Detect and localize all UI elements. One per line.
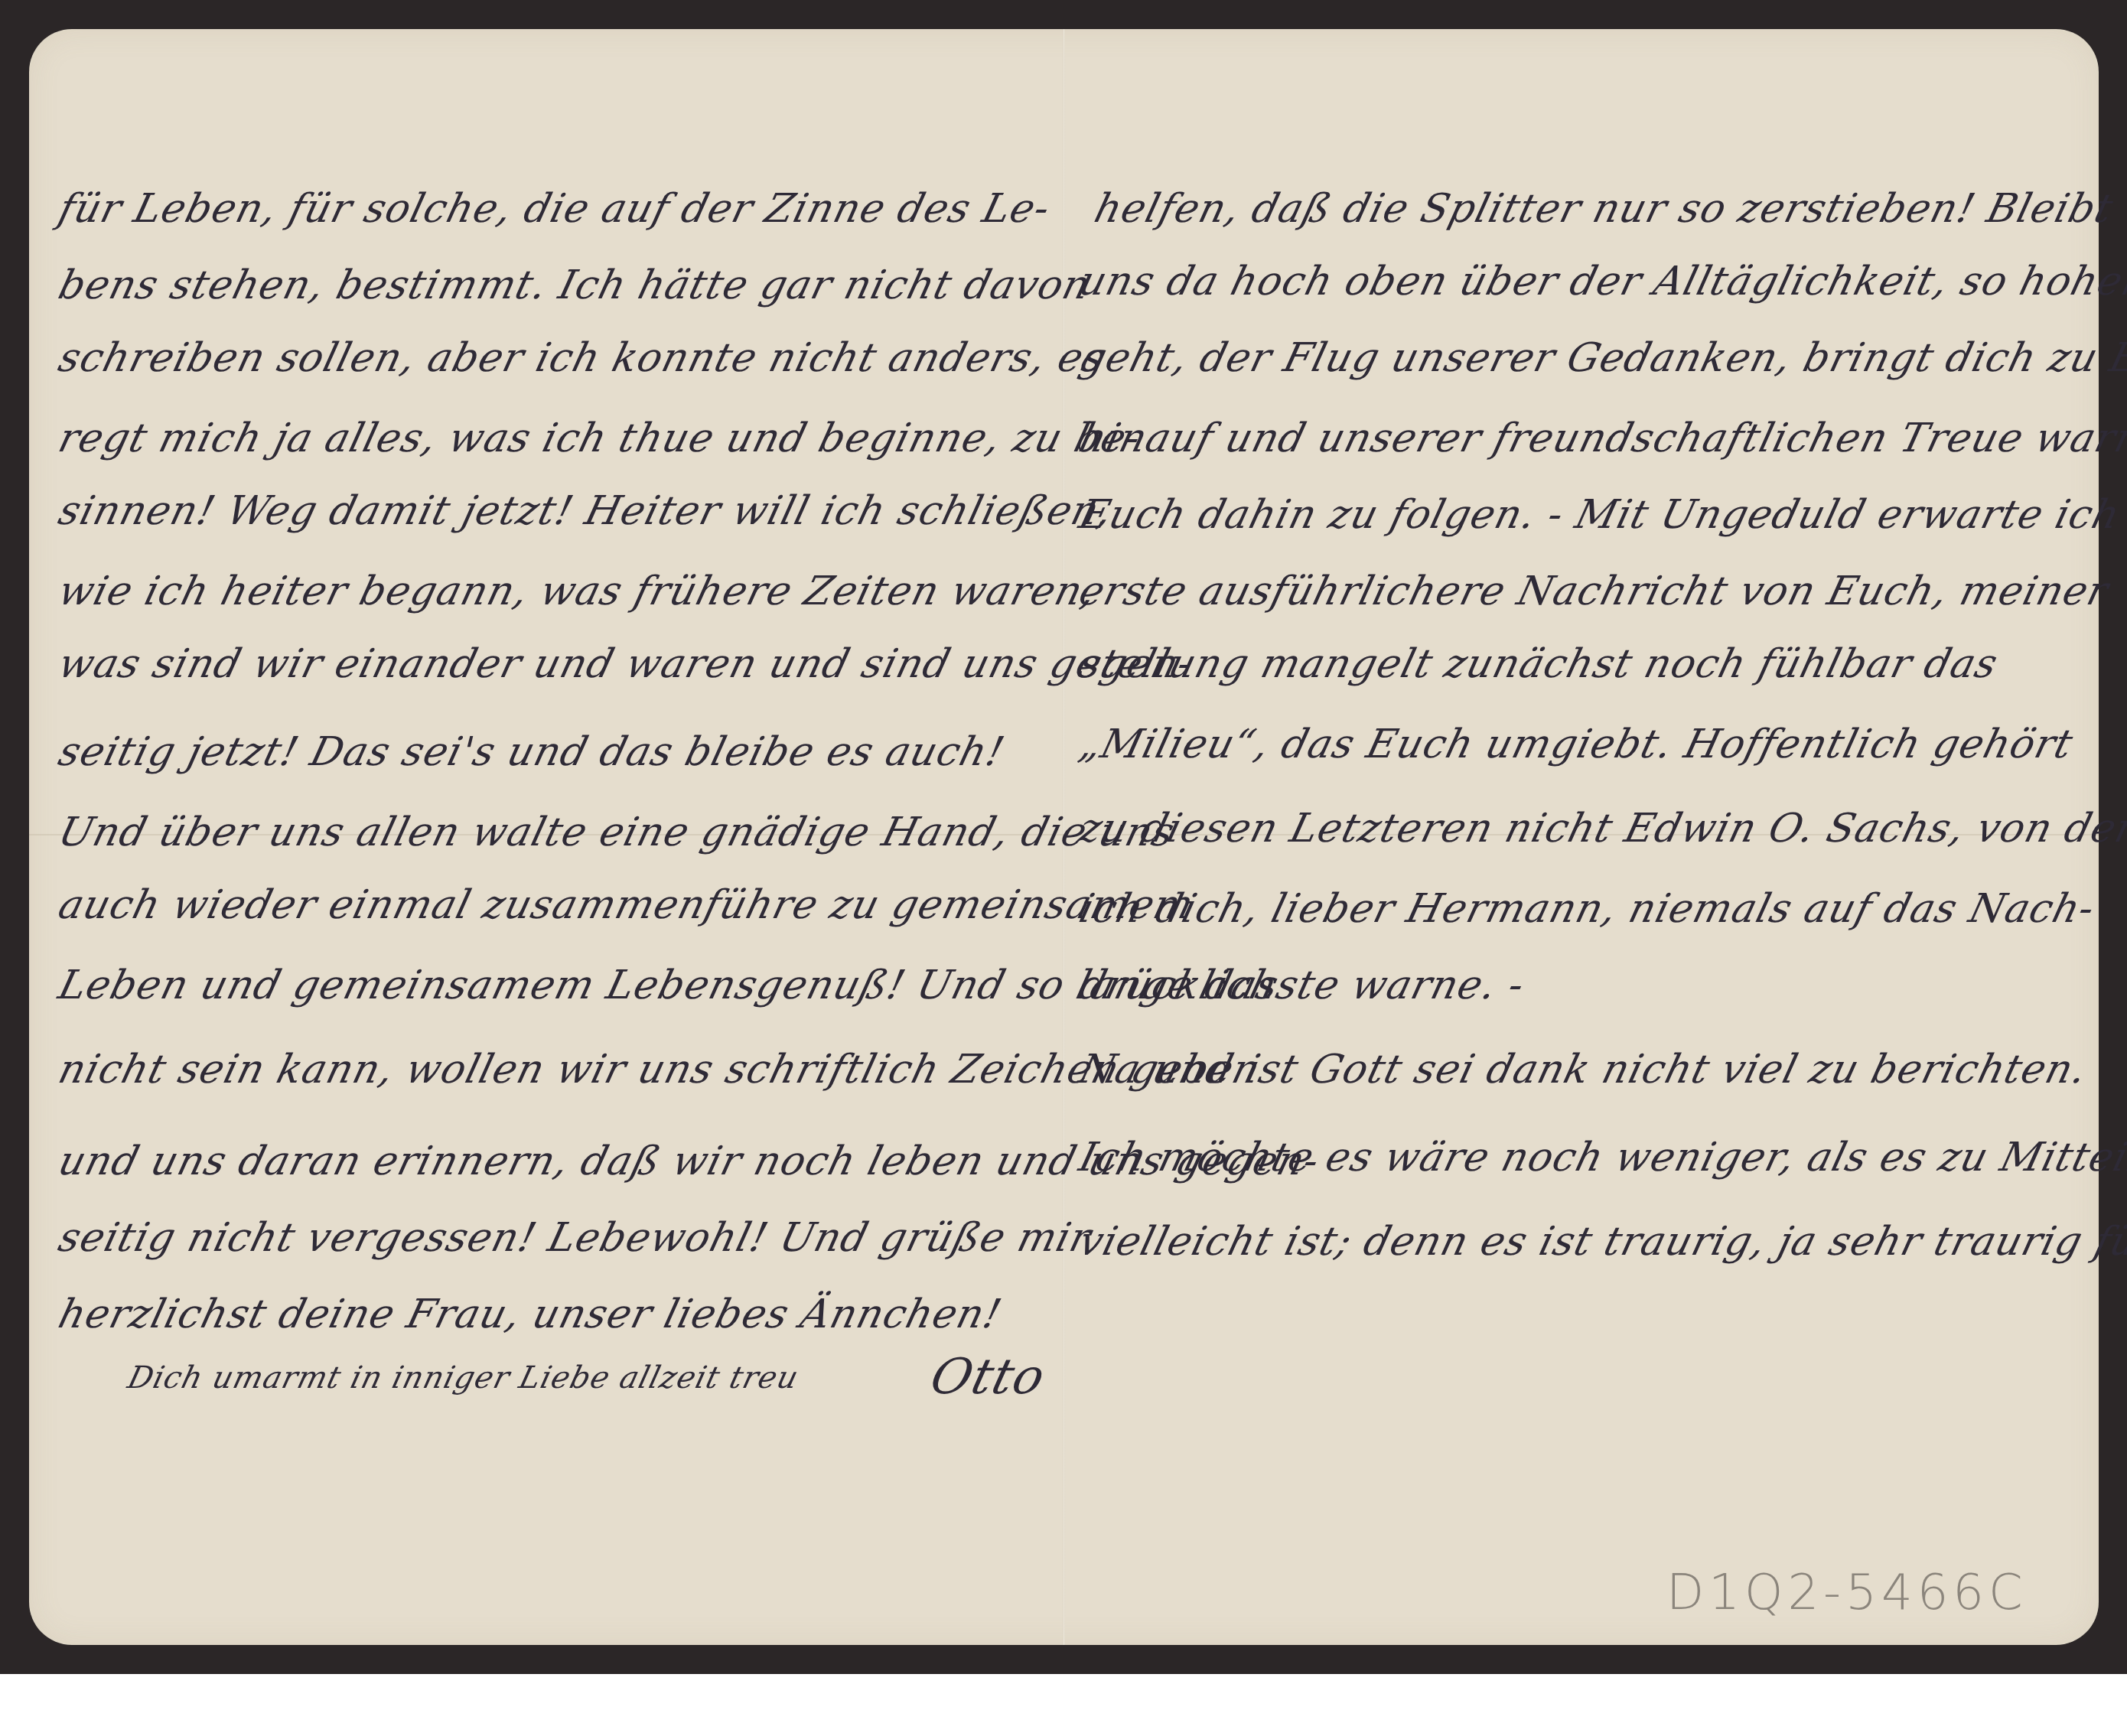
letter-line: regt mich ja alles, was ich thue und beg… [54,415,1146,461]
letter-line: hinauf und unserer freundschaftlichen Tr… [1075,415,2127,461]
letter-line: sinnen! Weg damit jetzt! Heiter will ich… [54,488,1118,534]
letter-line: wie ich heiter begann, was frühere Zeite… [54,568,1102,614]
letter-line: was sind wir einander und waren und sind… [54,641,1198,687]
letter-line: Na und ist Gott sei dank nicht viel zu b… [1075,1047,2093,1093]
letter-sheet: für Leben, für solche, die auf der Zinne… [29,29,2099,1645]
letter-line: geht, der Flug unserer Gedanken, bringt … [1075,335,2127,381]
letter-line: helfen, daß die Splitter nur so zerstieb… [1090,186,2119,232]
letter-closing: Dich umarmt in inniger Liebe allzeit tre… [124,1360,803,1396]
letter-line: seitig jetzt! Das sei's und das bleibe e… [54,729,1010,775]
letter-line: Ich möchte es wäre noch weniger, als es … [1075,1135,2127,1181]
letter-line: seitig nicht vergessen! Lebewohl! Und gr… [54,1215,1096,1261]
letter-line: ich dich, lieber Hermann, niemals auf da… [1075,886,2100,932]
letter-line: herzlichst deine Frau, unser liebes Ännc… [54,1291,1007,1337]
letter-line: vielleicht ist; denn es ist traurig, ja … [1075,1219,2127,1265]
letter-line: schreiben sollen, aber ich konnte nicht … [54,335,1110,381]
letter-line: zu diesen Letzteren nicht Edwin O. Sachs… [1075,806,2127,852]
signature: Otto [925,1349,1051,1405]
letter-line: für Leben, für solche, die auf der Zinne… [54,186,1055,232]
letter-line: Euch dahin zu folgen. - Mit Ungeduld erw… [1075,492,2127,538]
letter-line: Und über uns allen walte eine gnädige Ha… [54,809,1180,855]
letter-line: auch wieder einmal zusammenführe zu geme… [54,882,1199,928]
letter-line: erste ausführlichere Nachricht von Euch,… [1075,568,2127,614]
left-page: für Leben, für solche, die auf der Zinne… [29,29,1063,1645]
letter-line: „Milieu“, das Euch umgiebt. Hoffentlich … [1075,721,2078,767]
letter-line: bens stehen, bestimmt. Ich hätte gar nic… [54,262,1096,308]
archive-number: D1Q2-5466C [1666,1565,2028,1621]
letter-line: drücklichste warne. - [1075,962,1529,1008]
right-page: helfen, daß die Splitter nur so zerstieb… [1065,29,2099,1645]
letter-line: uns da hoch oben über der Alltäglichkeit… [1075,259,2127,305]
letter-line: stellung mangelt zunächst noch fühlbar d… [1075,641,2003,687]
